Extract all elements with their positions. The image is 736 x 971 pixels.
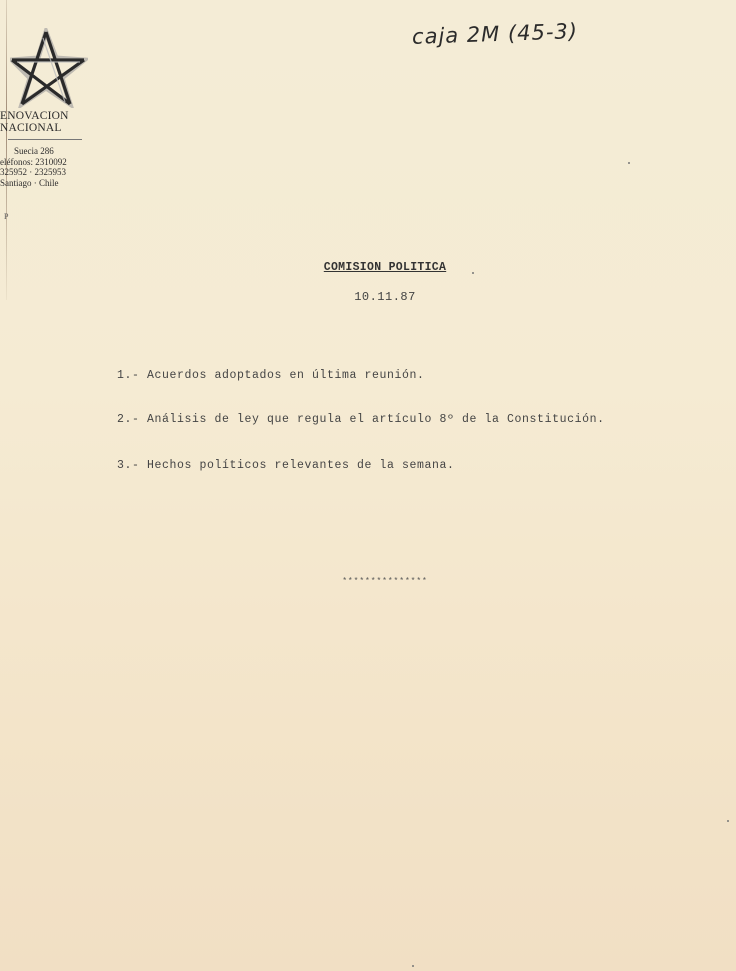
contact-block: Suecia 286 eléfonos: 2310092 325952 · 23… <box>0 146 67 188</box>
org-name-line2: NACIONAL <box>0 122 69 134</box>
organization-name: ENOVACION NACIONAL <box>0 110 69 134</box>
contact-phones-cont: 325952 · 2325953 <box>0 167 67 178</box>
document-date: 10.11.87 <box>0 290 736 304</box>
paper-speck <box>412 965 414 967</box>
org-name-line1: ENOVACION <box>0 110 69 122</box>
agenda-item: 2.- Análisis de ley que regula el artícu… <box>117 413 605 426</box>
handwritten-archive-note: caja 2M (45-3) <box>412 19 579 49</box>
paper-speck <box>727 820 729 822</box>
closing-separator: *************** <box>0 577 736 586</box>
contact-phones: eléfonos: 2310092 <box>0 157 67 168</box>
agenda-item: 3.- Hechos políticos relevantes de la se… <box>117 459 455 472</box>
letterhead-divider <box>8 139 82 140</box>
star-emblem-icon <box>10 28 88 108</box>
margin-mark: P <box>4 212 8 221</box>
document-title: COMISION POLITICA <box>0 261 736 274</box>
contact-address: Suecia 286 <box>0 146 67 157</box>
paper-speck <box>472 272 474 274</box>
agenda-item: 1.- Acuerdos adoptados en última reunión… <box>117 369 425 382</box>
paper-speck <box>628 162 630 164</box>
contact-city: Santiago · Chile <box>0 178 67 189</box>
